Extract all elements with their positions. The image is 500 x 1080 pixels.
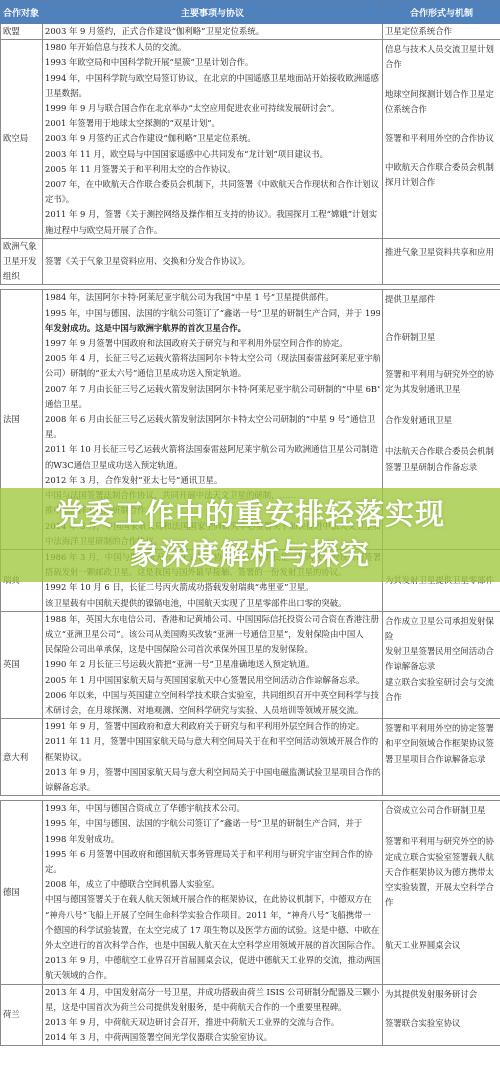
event-line: 2013 年 9 月，中德航空工业界召开首届圆桌会议，促进中德航天工业界的交流，… (45, 953, 380, 968)
partner-cell: 英国 (1, 611, 43, 718)
event-line: 年发射成功。这是中国与欧洲宇航界的首次卫星合作。 (45, 321, 380, 336)
mechanism-cell: 卫星定位系统合作 (383, 24, 500, 40)
event-line: “神舟八号”飞船上开展了空间生命科学实验合作项目。2011 年，“神舟八号”飞船… (45, 908, 380, 923)
mechanism-line: 中法航天合作联合委员会机制签署卫星研制合作备忘录 (385, 444, 498, 474)
event-line: 1993 年，中国与德国合资成立了华德宇航技术公司。 (45, 801, 380, 816)
event-line: 2006 年以来，中国与英国建立空间科学技术联合实验室，共同组织召开中英空间科学… (45, 688, 380, 703)
mechanism-line: 合作成立卫星公司承担发射保险 (385, 614, 498, 644)
event-line: 2005 年 11 月签署关于和平利用太空的合作协议。 (45, 162, 380, 177)
mechanism-line: 推进气象卫星资料共享和应用 (385, 245, 498, 260)
event-line: 公司）研制的“亚太六号”通信卫星成功送入预定轨道。 (45, 366, 380, 381)
mechanism-cell: 合作成立卫星公司承担发射保险 发射卫星签署民用空间活动合作谅解备忘录 建立联合实… (383, 611, 500, 718)
event-line: 2007 年，在中欧航天合作联合委员会机制下，共同签署《中欧航天合作现状和合作计… (45, 177, 380, 192)
event-line: 施过程中与欧空局开展了合作。 (45, 223, 380, 238)
event-line: 2013 年 4 月，中国发射高分一号卫星，并成功搭载由荷兰 ISIS 公司研制… (45, 985, 380, 1000)
mechanism-line: 航天工业界圆桌会议 (385, 938, 498, 953)
event-line: 1992 年 10 月 6 日，长征二号丙火箭成功搭载发射瑞典“弗里亚”卫星。 (45, 580, 380, 595)
table-header-row: 合作对象 主要事项与协议 合作形式与机制 (1, 1, 500, 24)
event-line: 中国与德国签署关于在载人航天领域开展合作的框架协议，在此协议机制下，中德双方在 (45, 892, 380, 907)
event-line: 签署《关于气象卫星资料应用、交换和分发合作协议》。 (45, 254, 380, 269)
partner-cell: 欧空局 (1, 40, 43, 239)
event-line: 术研讨会，在月球探测、对地观测、空间科学研究与实验、人员培训等领域开展交流。 (45, 703, 380, 718)
event-line: 2012 年 3 月，合作发射“亚太七号”通讯卫星。 (45, 473, 380, 488)
event-line: 1999 年 9 月与联合国合作在北京举办“太空应用促进农业可持续发展研讨会”。 (45, 101, 380, 116)
events-cell: 2013 年 4 月，中国发射高分一号卫星，并成功搭载由荷兰 ISIS 公司研制… (43, 984, 383, 1046)
event-line: 民保险公司出单承保，这是中国保险公司首次承保外国卫星的发射保险。 (45, 642, 380, 657)
mechanism-line: 中欧航天合作联合委员会机制探月计划合作 (385, 160, 498, 190)
header-mechanism: 合作形式与机制 (383, 1, 500, 24)
event-line: 2008 年，成立了中德联合空间机器人实验室。 (45, 877, 380, 892)
event-line: 卫星数据。 (45, 86, 380, 101)
mechanism-line: 签署和平利用外空的协定签署和平空间领域合作框架协议签署卫星项目合作谅解备忘录 (385, 721, 498, 767)
event-line: 外太空进行的首次科学合作，也是中国载人航天在太空科学应用领域开展的首次国际合作。 (45, 938, 380, 953)
header-events: 主要事项与协议 (43, 1, 383, 24)
event-line: 2014 年 3 月，中荷两国签署空间光学仪器联合实验室协议。 (45, 1030, 380, 1045)
mechanism-line: 建立联合实验室研讨会与交流合作 (385, 675, 498, 705)
table-row-eu: 欧盟 2003 年 9 月签约，正式合作建设“伽利略”卫星定位系统。 卫星定位系… (1, 24, 500, 40)
table-row-italy: 意大利 1991 年 9 月，签署中国政府和意大利政府关于研究与和平利用外层空间… (1, 719, 500, 796)
events-cell: 1993 年，中国与德国合资成立了华德宇航技术公司。 1995 年，中国与德国、… (43, 801, 383, 984)
event-line: 2008 年 6 月由长征三号乙运载火箭发射法国阿尔卡特太空公司研制的“中星 9… (45, 412, 380, 427)
banner-title: 党委工作中的重安排轻落实现 象深度解析与探究 (0, 494, 500, 574)
event-line: 定书》。 (45, 192, 380, 207)
event-line: 2013 年 9 月，中荷航天双边研讨会召开，推进中荷航天工业界的交流与合作。 (45, 1015, 380, 1030)
mechanism-line: 提供卫星部件 (385, 292, 498, 307)
events-cell: 1991 年 9 月，签署中国政府和意大利政府关于研究与和平利用外层空间合作的协… (43, 719, 383, 796)
partner-cell: 德国 (1, 801, 43, 984)
event-line: 该卫星载有中国航天提供的镍镉电池，中国航天实现了卫星零部件出口零的突破。 (45, 596, 380, 611)
event-line: 1988 年，英国大东电信公司、香港和记黄埔公司、中国国际信托投资公司合资在香港… (45, 612, 380, 627)
event-line: 1995 年 6 月签署中国政府和德国航天事务管理局关于和平利用与研究宇宙空间合… (45, 847, 380, 862)
partner-cell: 荷兰 (1, 984, 43, 1046)
event-line: 1995 年，中国与德国、法国的宇航公司签订了“鑫诺一号”卫星的研制生产合同，并… (45, 306, 380, 321)
event-line: 2007 年 7 月由长征三号乙运载火箭发射法国阿尔卡特·阿莱尼亚宇航公司研制的… (45, 382, 380, 397)
mechanism-line: 合资成立公司合作研制卫星 (385, 803, 498, 818)
event-line: 2011 年 10 月长征三号乙运载火箭将法国泰雷兹阿尼莱宇航公司为欧洲通信卫星… (45, 442, 380, 457)
event-line: 1998 年发射成功。 (45, 832, 380, 847)
event-line: 的W3C通信卫星成功送入预定轨道。 (45, 458, 380, 473)
event-line: 星，这是中国首次为荷兰公司提供发射服务，是中荷航天合作的一个重要里程碑。 (45, 1000, 380, 1015)
mechanism-line: 合作研制卫星 (385, 330, 498, 345)
event-line: 框架协议。 (45, 750, 380, 765)
partner-cell: 欧洲气象卫星开发组织 (1, 238, 43, 285)
events-cell: 2003 年 9 月签约，正式合作建设“伽利略”卫星定位系统。 (43, 24, 383, 40)
table-row-esa: 欧空局 1980 年开始信息与技术人员的交流。 1993 年欧空局和中国科学院开… (1, 40, 500, 239)
mechanism-cell: 合资成立公司合作研制卫星 签署和平利用与研究外空的协定成立联合实验室签署载人航天… (383, 801, 500, 984)
event-line: 2003 年 9 月签约，正式合作建设“伽利略”卫星定位系统。 (45, 24, 380, 39)
event-line: 2005 年 4 月，长征三号乙运载火箭将法国阿尔卡特太空公司（现法国泰雷兹阿莱… (45, 351, 380, 366)
mechanism-line: 签署和平利用外空的合作协议 (385, 131, 498, 146)
banner-title-line-2: 象深度解析与探究 (0, 534, 500, 574)
banner-title-line-1: 党委工作中的重安排轻落实现 (0, 494, 500, 534)
mechanism-line: 签署和平利用与研究外空的协定成立联合实验室签署载人航天合作框架协议为德方携带太空… (385, 834, 498, 910)
event-line: 1984 年，法国阿尔卡特·阿莱尼亚宇航公司为我国“中星 1 号”卫星提供部件。 (45, 290, 380, 305)
event-line: 1980 年开始信息与技术人员的交流。 (45, 40, 380, 55)
table-row-netherlands: 荷兰 2013 年 4 月，中国发射高分一号卫星，并成功搭载由荷兰 ISIS 公… (1, 984, 500, 1046)
mechanism-line: 签署和平利用与研究外空的协定为其发射通讯卫星 (385, 367, 498, 397)
event-line: 定。 (45, 862, 380, 877)
events-cell: 签署《关于气象卫星资料应用、交换和分发合作协议》。 (43, 238, 383, 285)
mechanism-line: 发射卫星签署民用空间活动合作谅解备忘录 (385, 644, 498, 674)
table-row-uk: 英国 1988 年，英国大东电信公司、香港和记黄埔公司、中国国际信托投资公司合资… (1, 611, 500, 718)
event-line: 1990 年 2 月长征三号运载火箭把“亚洲一号”卫星准确地送入预定轨道。 (45, 657, 380, 672)
event-line: 通信卫星。 (45, 397, 380, 412)
header-partner: 合作对象 (1, 1, 43, 24)
mechanism-line: 签署联合实验室协议 (385, 1016, 498, 1031)
event-line: 1995 年，中国与德国、法国的宇航公司签订了“鑫诺一号”卫星的研制生产合同，并… (45, 816, 380, 831)
table-row-eumetsat: 欧洲气象卫星开发组织 签署《关于气象卫星资料应用、交换和分发合作协议》。 推进气… (1, 238, 500, 285)
partner-cell: 意大利 (1, 719, 43, 796)
table-row-germany: 德国 1993 年，中国与德国合资成立了华德宇航技术公司。 1995 年，中国与… (1, 801, 500, 984)
event-line: 谅解备忘录。 (45, 780, 380, 795)
event-line: 2005 年 1 月中国国家航天局与英国国家航天中心签署民用空间活动合作谅解备忘… (45, 673, 380, 688)
event-line: 成立“亚洲卫星公司”。该公司从美国购买改装“亚洲一号通信卫星”，发射保险由中国人 (45, 627, 380, 642)
mechanism-cell: 推进气象卫星资料共享和应用 (383, 238, 500, 285)
event-line: 1997 年 9 月签署中国政府和法国政府关于研究与和平利用外层空间合作的协定。 (45, 336, 380, 351)
event-line: 星。 (45, 427, 380, 442)
events-cell: 1988 年，英国大东电信公司、香港和记黄埔公司、中国国际信托投资公司合资在香港… (43, 611, 383, 718)
mechanism-line: 信息与技术人员交流卫星计划合作 (385, 42, 498, 72)
partner-cell: 欧盟 (1, 24, 43, 40)
event-line: 2013 年 9 月，签署中国国家航天局与意大利空间局关于中国电磁监测试验卫星项… (45, 765, 380, 780)
event-line: 1991 年 9 月，签署中国政府和意大利政府关于研究与和平利用外层空间合作的协… (45, 719, 380, 734)
mechanism-line: 为其提供发射服务研讨会 (385, 987, 498, 1002)
mechanism-line: 卫星定位系统合作 (385, 24, 498, 39)
mechanism-cell: 信息与技术人员交流卫星计划合作 地球空间探测计划合作卫星定位系统合作 签署和平利… (383, 40, 500, 239)
event-line: 1993 年欧空局和中国科学院开展“星簇”卫星计划合作。 (45, 55, 380, 70)
mechanism-line: 地球空间探测计划合作卫星定位系统合作 (385, 87, 498, 117)
event-line: 2003 年 9 月签约正式合作建设“伽利略”卫星定位系统。 (45, 131, 380, 146)
event-line: 2001 年签署用于地球太空探测的“双星计划”。 (45, 116, 380, 131)
events-cell: 1980 年开始信息与技术人员的交流。 1993 年欧空局和中国科学院开展“星簇… (43, 40, 383, 239)
event-line: 2003 年 11 月，欧空局与中国国家遥感中心共同发布“龙计划”项目建议书。 (45, 147, 380, 162)
event-line: 2011 年 11 月，签署中国国家航天局与意大利空间局关于在和平空间活动领域开… (45, 734, 380, 749)
event-line: 1994 年，中国科学院与欧空局签订协议，在北京的中国遥感卫星地面站开始接收欧洲… (45, 71, 380, 86)
event-line: 2011 年 9 月，签署《关于测控网络及操作相互支持的协议》。我国探月工程“嫦… (45, 207, 380, 222)
mechanism-cell: 签署和平利用外空的协定签署和平空间领域合作框架协议签署卫星项目合作谅解备忘录 (383, 719, 500, 796)
mechanism-line: 合作发射通讯卫星 (385, 413, 498, 428)
event-line: 航天领域的合作。 (45, 968, 380, 983)
mechanism-cell: 为其提供发射服务研讨会 签署联合实验室协议 (383, 984, 500, 1046)
event-line: 个德国的科学试验装置，在太空完成了 17 项生物以及医学方面的试验。这是中德、中… (45, 923, 380, 938)
